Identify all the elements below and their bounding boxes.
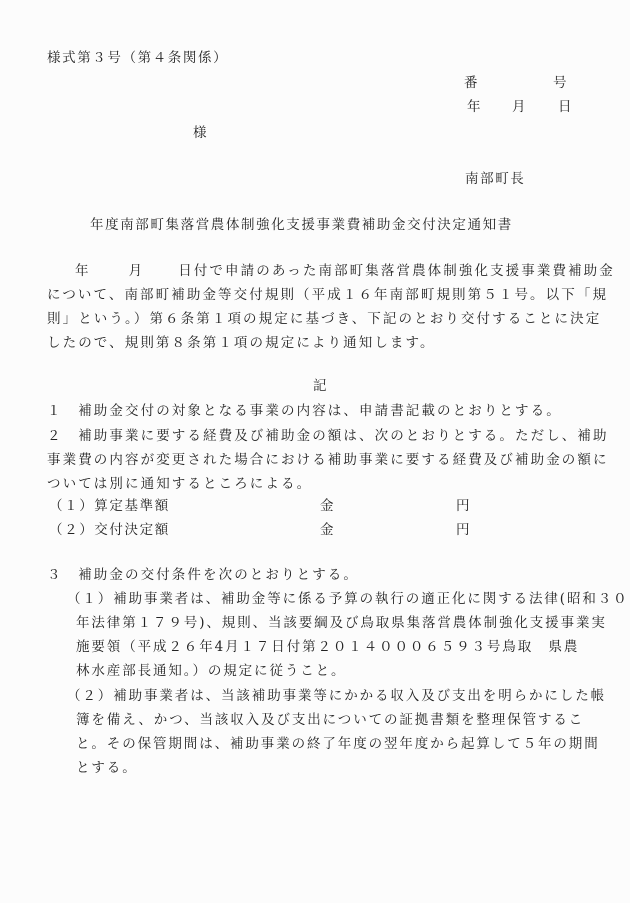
- date-year: 年: [467, 98, 482, 116]
- item-3: ３ 補助金の交付条件を次のとおりとする。: [47, 566, 359, 584]
- body-line: 則」という。）第６条第１項の規定に基づき、下記のとおり交付することに決定: [47, 310, 601, 328]
- form-label: 様式第３号（第４条関係）: [47, 49, 228, 67]
- item-1: １ 補助金交付の対象となる事業の内容は、申請書記載のとおりとする。: [47, 402, 562, 420]
- condition-1-cont: 施要領（平成２６年4月１７日付第２０１４０００６５９３号鳥取 県農: [76, 638, 579, 656]
- amount-label: （１）算定基準額: [49, 497, 170, 515]
- item-2-cont: ついては別に通知するところによる。: [47, 475, 312, 493]
- body-line: について、南部町補助金等交付規則（平成１６年南部町規則第５１号。以下「規: [47, 286, 608, 304]
- condition-1-cont: 林水産部長通知。）の規定に従うこと。: [76, 662, 346, 680]
- amount-yen: 円: [456, 521, 471, 539]
- amount-yen: 円: [456, 497, 471, 515]
- condition-2-cont: 簿を備え、かつ、当該収入及び支出についての証拠書類を整理保管するこ: [76, 711, 584, 729]
- condition-2-cont: とする。: [76, 759, 138, 777]
- amount-kin: 金: [320, 497, 335, 515]
- condition-2-cont: と。その保管期間は、補助事業の終了年度の翌年度から起算して５年の期間: [76, 735, 600, 753]
- amount-label: （２）交付決定額: [49, 521, 170, 539]
- condition-1: （１）補助事業者は、補助金等に係る予算の執行の適正化に関する法律(昭和３０: [67, 590, 629, 608]
- body-first-rest: 日付で申請のあった南部町集落営農体制強化支援事業費補助金: [178, 263, 615, 279]
- document-title: 年度南部町集落営農体制強化支援事業費補助金交付決定通知書: [90, 216, 513, 234]
- reference-number-suffix: 号: [553, 74, 568, 92]
- reference-number-prefix: 番: [464, 74, 479, 92]
- date-day: 日: [558, 98, 573, 116]
- issuer: 南部町長: [465, 170, 525, 188]
- addressee: 様: [193, 124, 208, 142]
- condition-2: （２）補助事業者は、当該補助事業等にかかる収入及び支出を明らかにした帳: [67, 687, 606, 705]
- date-month: 月: [512, 98, 527, 116]
- body-line: したので、規則第８条第１項の規定により通知します。: [47, 334, 436, 352]
- item-2-cont: 事業費の内容が変更された場合における補助事業に要する経費及び補助金の額に: [47, 451, 609, 469]
- ki-heading: 記: [313, 377, 328, 395]
- body-month: 月: [129, 263, 145, 279]
- condition-1-cont: 年法律第１７９号)、規則、当該要綱及び鳥取県集落営農体制強化支援事業実: [76, 614, 607, 632]
- amount-kin: 金: [320, 521, 335, 539]
- body-line: 年月日付で申請のあった南部町集落営農体制強化支援事業費補助金: [75, 262, 615, 280]
- body-year: 年: [75, 263, 91, 279]
- item-2: ２ 補助事業に要する経費及び補助金の額は、次のとおりとする。ただし、補助: [47, 427, 609, 445]
